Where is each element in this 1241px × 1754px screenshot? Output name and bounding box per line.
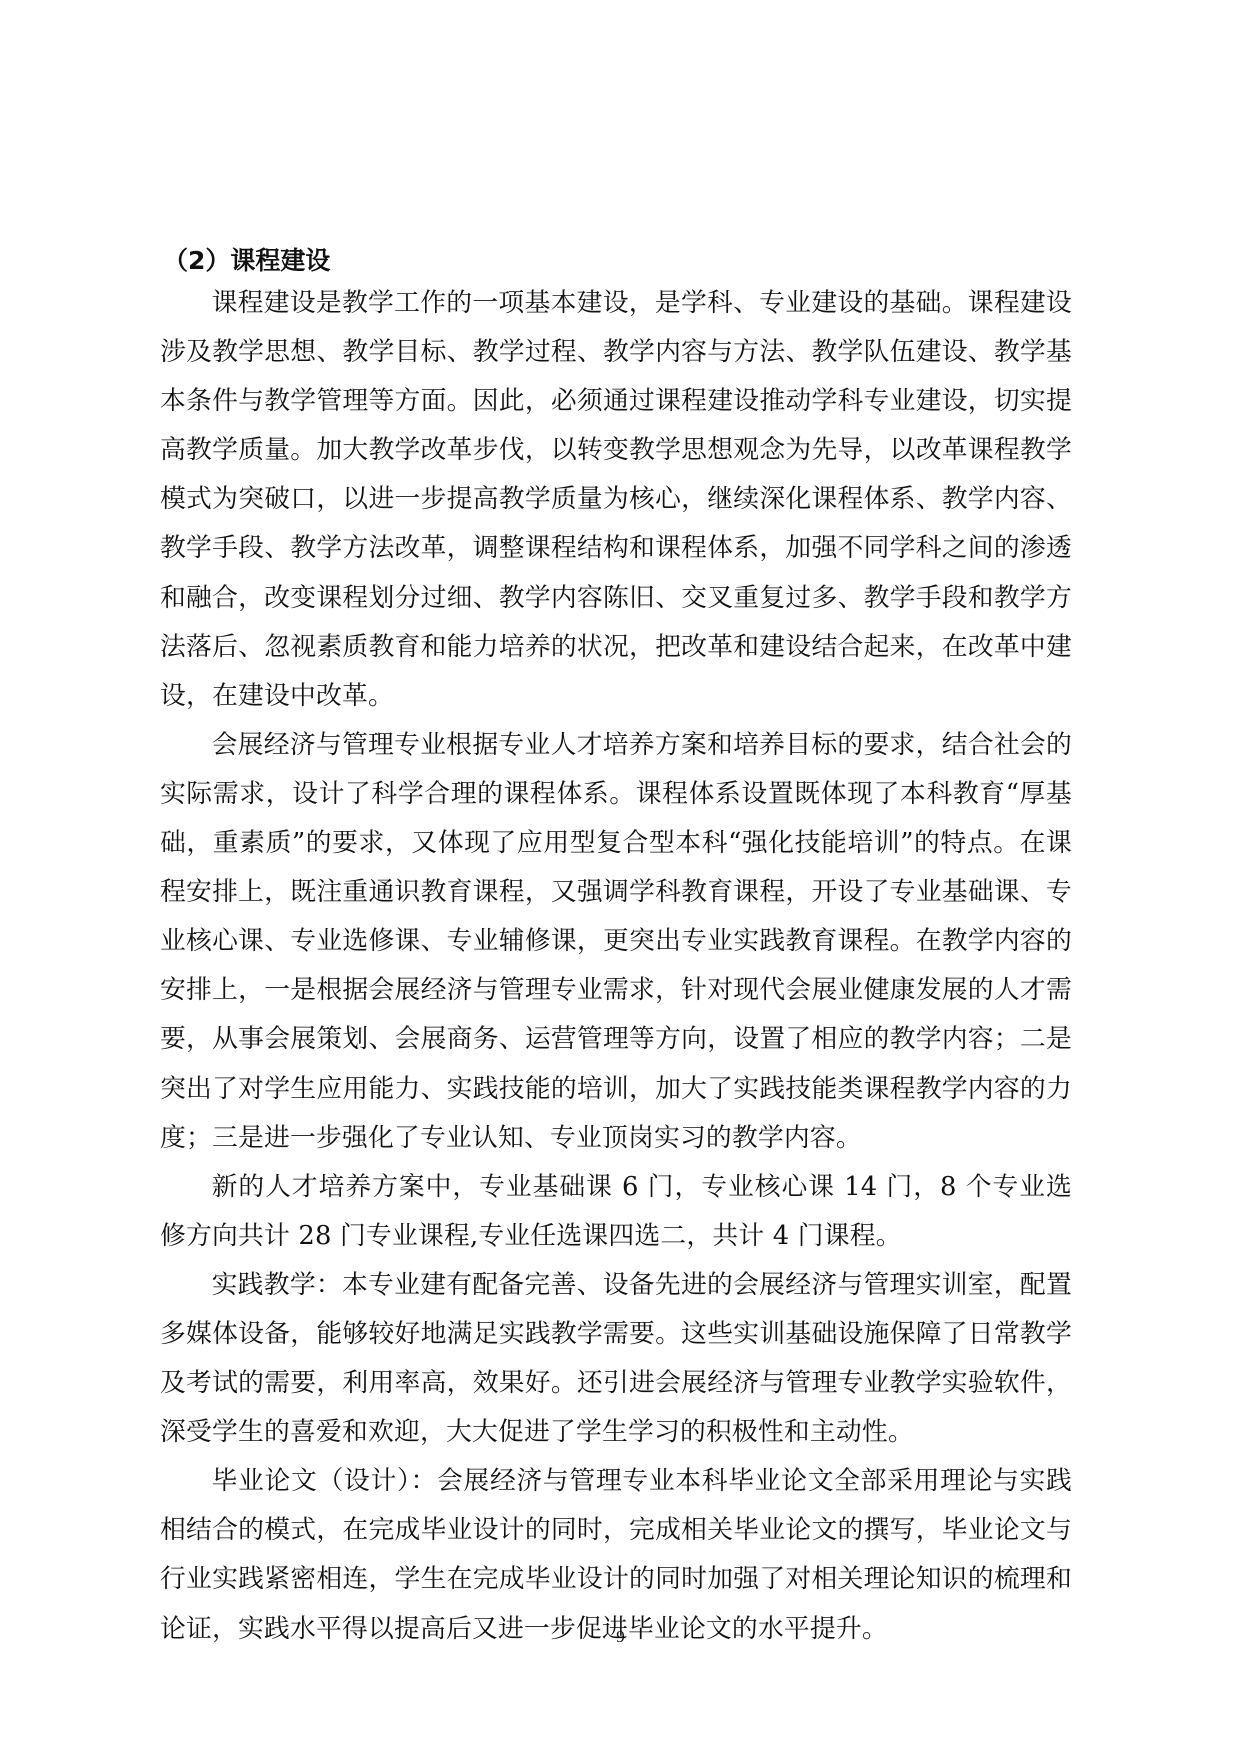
- section-heading: （2）课程建设: [163, 246, 330, 276]
- body-text: 课程建设是教学工作的一项基本建设，是学科、专业建设的基础。课程建设涉及教学思想、…: [160, 279, 1072, 1654]
- paragraph-curriculum-system: 会展经济与管理专业根据专业人才培养方案和培养目标的要求，结合社会的实际需求，设计…: [160, 721, 1072, 1163]
- paragraph-training-plan: 新的人才培养方案中，专业基础课 6 门，专业核心课 14 门，8 个专业选修方向…: [160, 1163, 1072, 1261]
- document-page: （2）课程建设 课程建设是教学工作的一项基本建设，是学科、专业建设的基础。课程建…: [0, 0, 1241, 1754]
- paragraph-course-construction: 课程建设是教学工作的一项基本建设，是学科、专业建设的基础。课程建设涉及教学思想、…: [160, 279, 1072, 721]
- page-number: 9: [0, 1627, 1241, 1647]
- paragraph-graduation-thesis: 毕业论文（设计）：会展经济与管理专业本科毕业论文全部采用理论与实践相结合的模式，…: [160, 1457, 1072, 1653]
- paragraph-practical-teaching: 实践教学：本专业建有配备完善、设备先进的会展经济与管理实训室，配置多媒体设备，能…: [160, 1261, 1072, 1457]
